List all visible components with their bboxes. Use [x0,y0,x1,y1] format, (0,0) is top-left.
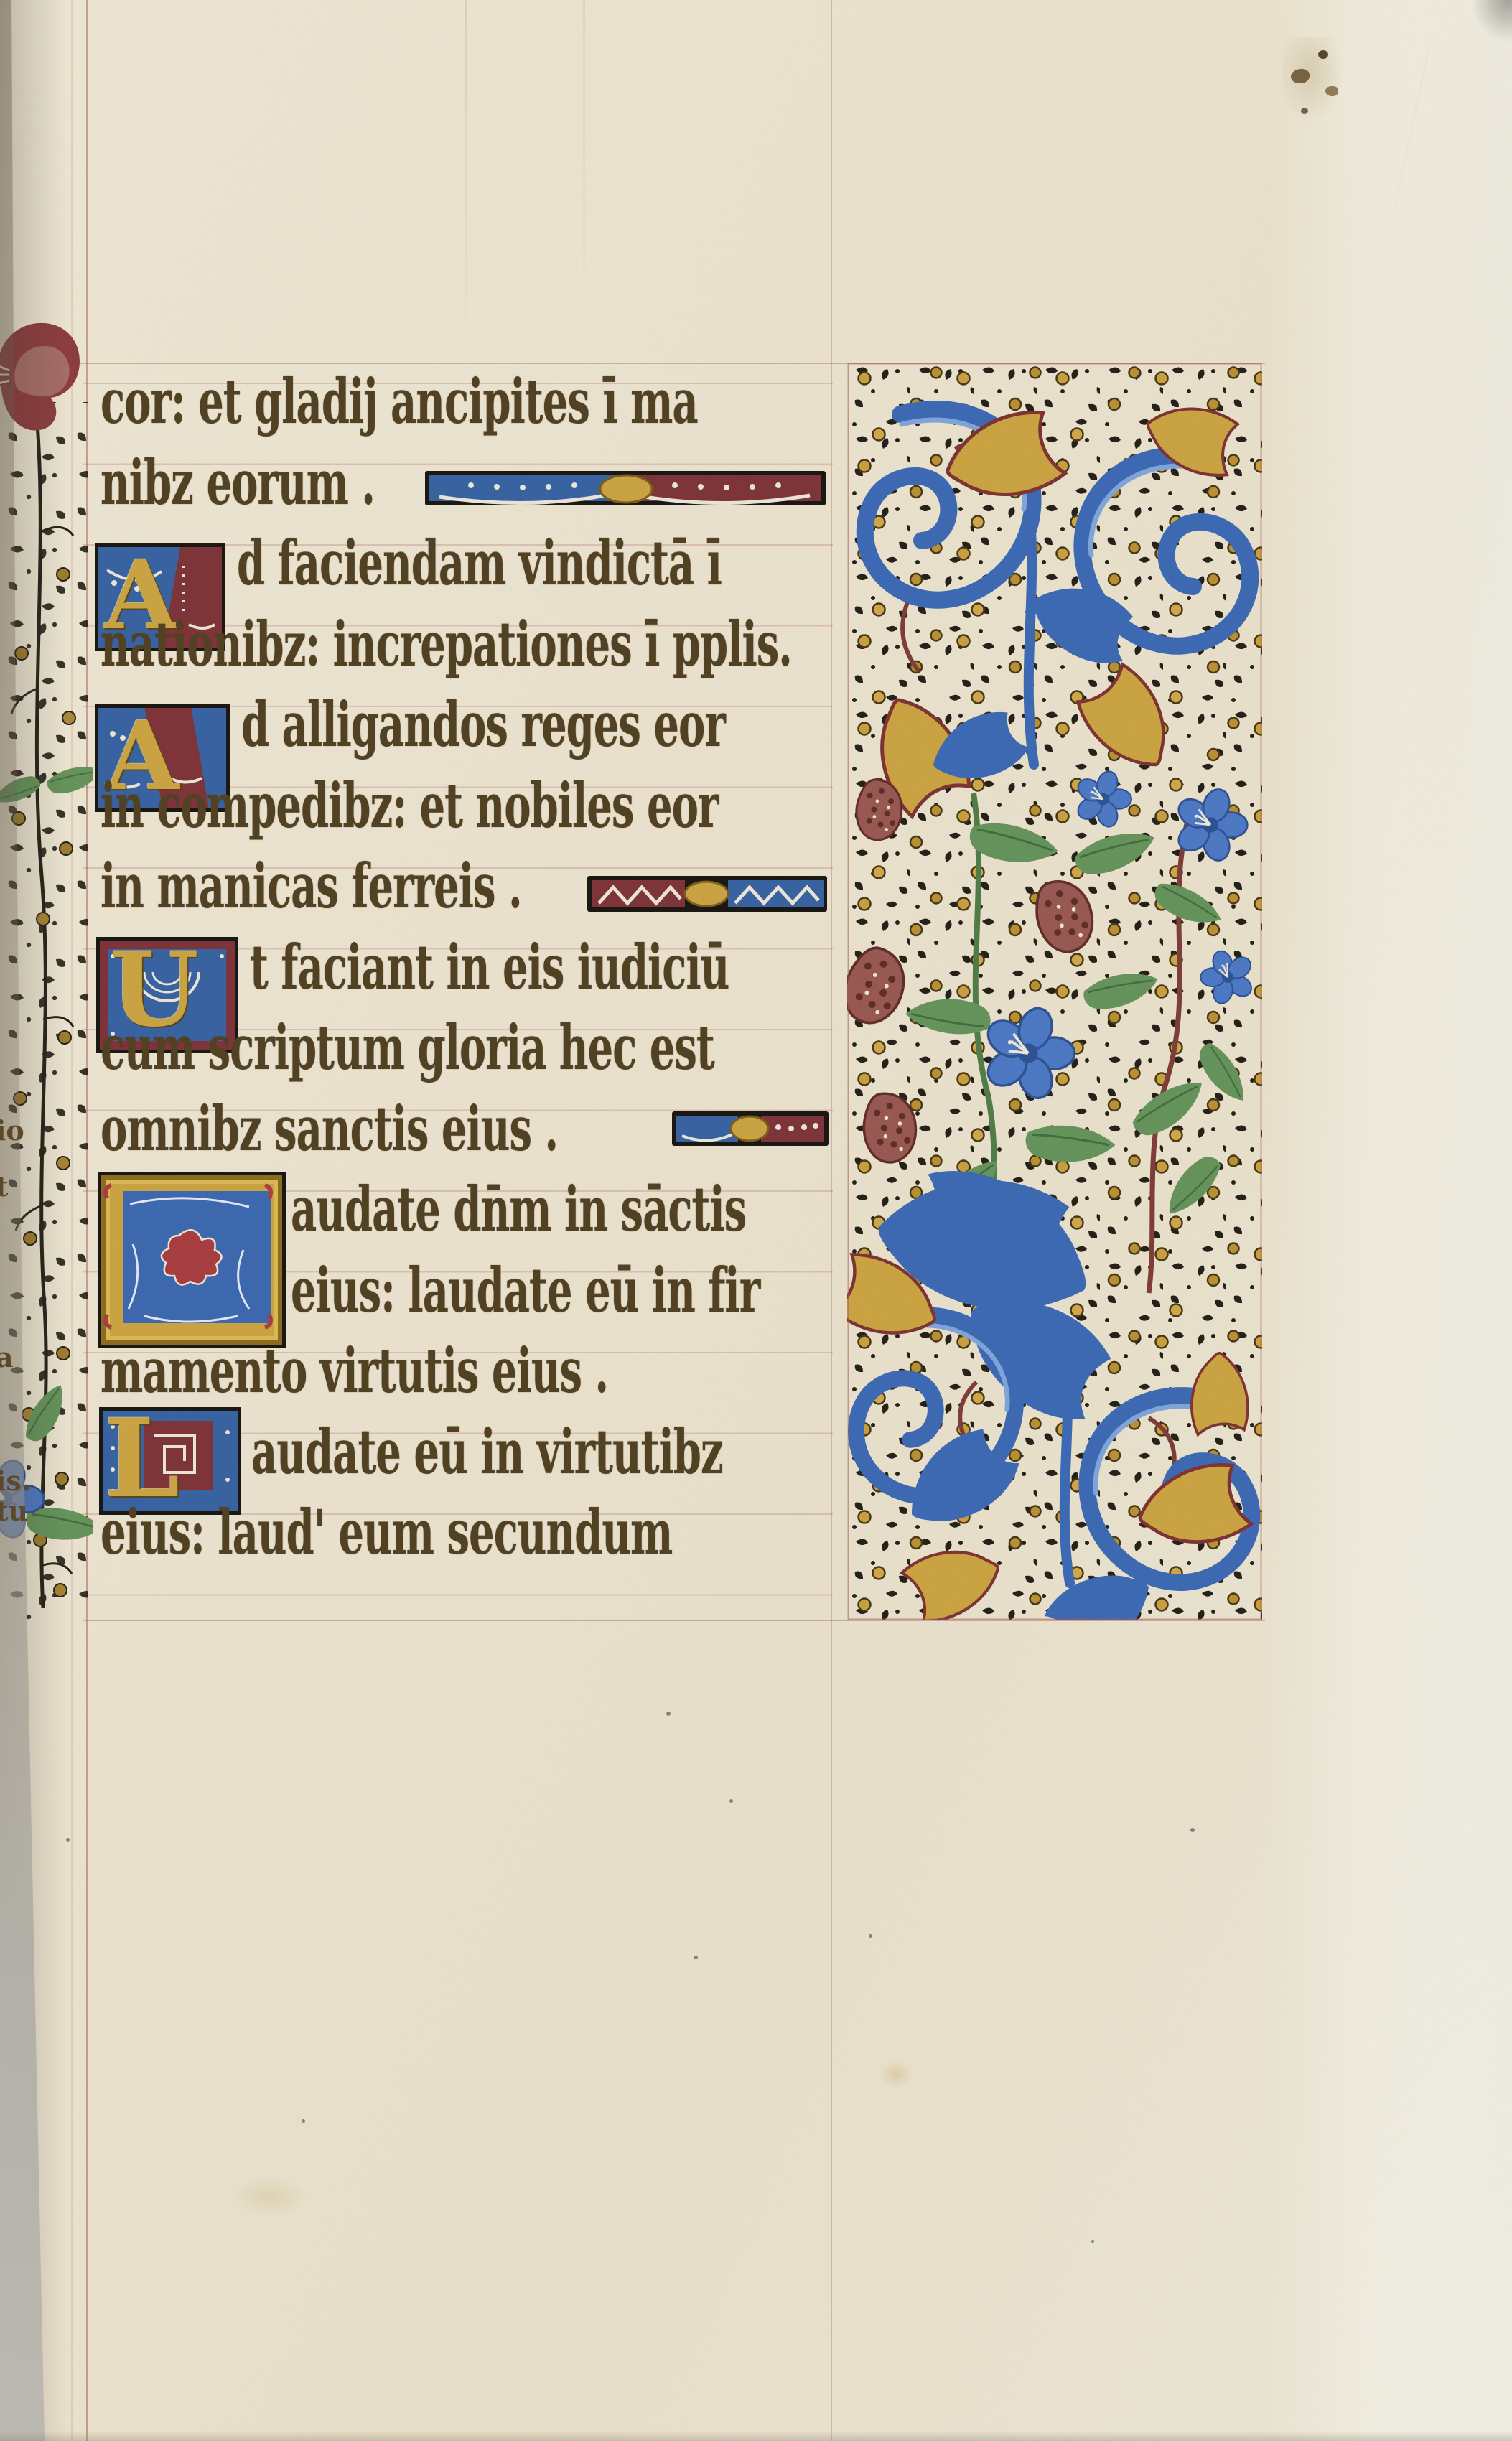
ink-stain-smudge [1282,37,1344,123]
parchment-stain [879,2060,913,2089]
line-filler-1 [425,468,827,511]
dirt-speck [1190,1828,1195,1832]
initial-filigree [101,1175,275,1338]
fore-edge-lightening [1268,0,1512,2441]
dirt-speck [666,1712,671,1716]
dirt-speck [66,1838,70,1842]
ink-stain [1291,69,1310,83]
bottom-page-edge [0,2431,1512,2441]
dirt-speck [869,1934,872,1938]
ink-stain [1325,86,1338,96]
facing-page-text-fragment: io [0,1114,29,1147]
dirt-speck [694,1956,698,1959]
line-filler-3 [672,1109,830,1153]
ink-stain [1318,50,1328,59]
manuscript-page: A A U [0,0,1512,2441]
dirt-speck [302,2119,305,2123]
corner-smudge [1472,0,1512,42]
parchment-stain [230,2175,309,2218]
dirt-speck [1091,2240,1094,2243]
facing-page-text-fragment: tum [0,1495,29,1527]
ruling-vertical-right [831,0,832,2441]
parchment-crease [465,0,467,377]
facing-page-text-fragment: is. [0,1465,29,1497]
facing-page-text-fragment: a [0,1341,29,1373]
facing-page-text-fragment: t [0,1170,29,1203]
text-line-15: eius: laud' eum secundum [101,1476,672,1590]
parchment-crease [583,0,585,373]
ink-stain [1301,108,1308,114]
dirt-speck [729,1799,733,1803]
right-floral-border [847,363,1262,1620]
